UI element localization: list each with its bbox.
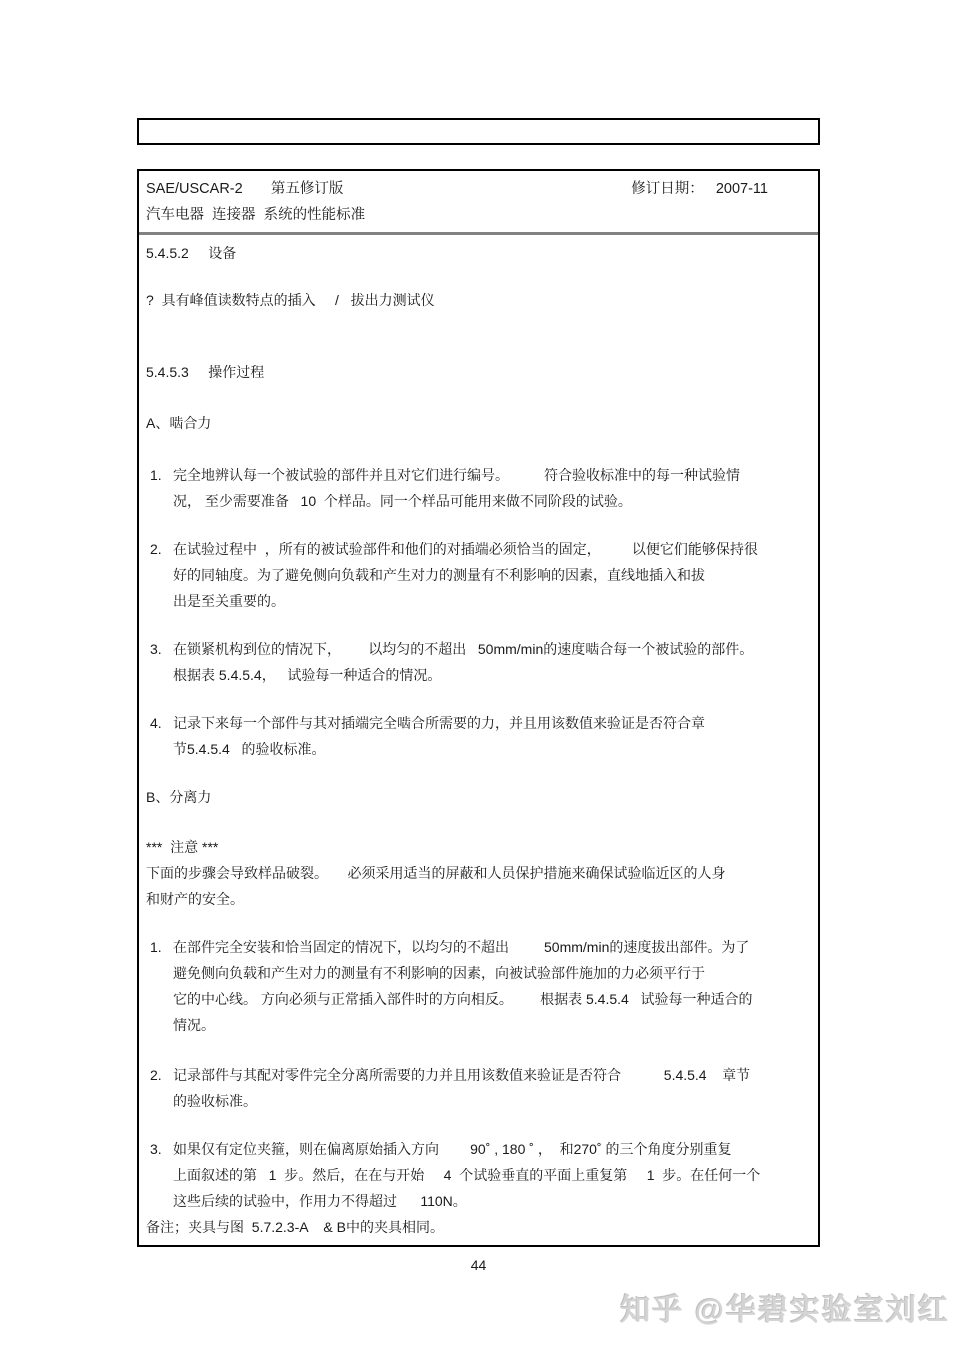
item-number: 1. [146,462,173,514]
item-text: 记录下来每一个部件与其对插端完全啮合所需要的力，并且用该数值来验证是否符合章 节… [173,710,802,762]
section-heading-procedure: 5.4.5.3 操作过程 [146,359,802,385]
procedure-item-a3: 3. 在锁紧机构到位的情况下， 以均匀的不超出 50mm/min的速度啮合每一个… [146,636,802,688]
remark-line: 备注；夹具与图 5.7.2.3-A & B中的夹具相同。 [146,1214,802,1240]
revision-date: 修订日期： 2007-11 [631,176,808,202]
subsection-a-heading: A、啮合力 [146,410,802,436]
document-title: SAE/USCAR-2 第五修订版 [146,176,343,202]
item-text: 完全地辨认每一个被试验的部件并且对它们进行编号。 符合验收标准中的每一种试验情 … [173,462,802,514]
document-page: SAE/USCAR-2 第五修订版 修订日期： 2007-11 汽车电器 连接器… [0,0,956,1353]
item-number: 3. [146,1136,173,1214]
document-header: SAE/USCAR-2 第五修订版 修订日期： 2007-11 汽车电器 连接器… [139,171,818,228]
item-text: 在试验过程中 ，所有的被试验部件和他们的对插端必须恰当的固定， 以便它们能够保持… [173,536,802,614]
procedure-item-a1: 1. 完全地辨认每一个被试验的部件并且对它们进行编号。 符合验收标准中的每一种试… [146,462,802,514]
item-text: 如果仅有定位夹箍，则在偏离原始插入方向 90˚ , 180 ˚ ， 和270˚ … [173,1136,802,1214]
item-number: 2. [146,1062,173,1114]
page-number: 44 [137,1257,820,1273]
procedure-item-a4: 4. 记录下来每一个部件与其对插端完全啮合所需要的力，并且用该数值来验证是否符合… [146,710,802,762]
notice-block: *** 注意 *** 下面的步骤会导致样品破裂。 必须采用适当的屏蔽和人员保护措… [146,834,802,912]
item-number: 1. [146,934,173,1038]
document-content: 5.4.5.2 设备 ? 具有峰值读数特点的插入 / 拔出力测试仪 5.4.5.… [139,235,818,1240]
procedure-item-b1: 1. 在部件完全安装和恰当固定的情况下，以均匀的不超出 50mm/min的速度拔… [146,934,802,1038]
item-number: 3. [146,636,173,688]
section-heading-equipment: 5.4.5.2 设备 [146,240,802,266]
procedure-item-b3: 3. 如果仅有定位夹箍，则在偏离原始插入方向 90˚ , 180 ˚ ， 和27… [146,1136,802,1214]
item-text: 在部件完全安装和恰当固定的情况下，以均匀的不超出 50mm/min的速度拔出部件… [173,934,802,1038]
item-number: 4. [146,710,173,762]
empty-header-box [137,118,820,145]
item-text: 在锁紧机构到位的情况下， 以均匀的不超出 50mm/min的速度啮合每一个被试验… [173,636,802,688]
procedure-item-a2: 2. 在试验过程中 ，所有的被试验部件和他们的对插端必须恰当的固定， 以便它们能… [146,536,802,614]
procedure-item-b2: 2. 记录部件与其配对零件完全分离所需要的力并且用该数值来验证是否符合 5.4.… [146,1062,802,1114]
document-body-box: SAE/USCAR-2 第五修订版 修订日期： 2007-11 汽车电器 连接器… [137,169,820,1247]
item-number: 2. [146,536,173,614]
watermark: 知乎 @华碧实验室刘红 [620,1285,950,1329]
item-text: 记录部件与其配对零件完全分离所需要的力并且用该数值来验证是否符合 5.4.5.4… [173,1062,802,1114]
equipment-item-line: ? 具有峰值读数特点的插入 / 拔出力测试仪 [146,287,802,313]
document-subtitle: 汽车电器 连接器 系统的性能标准 [146,202,808,228]
subsection-b-heading: B、分离力 [146,784,802,810]
